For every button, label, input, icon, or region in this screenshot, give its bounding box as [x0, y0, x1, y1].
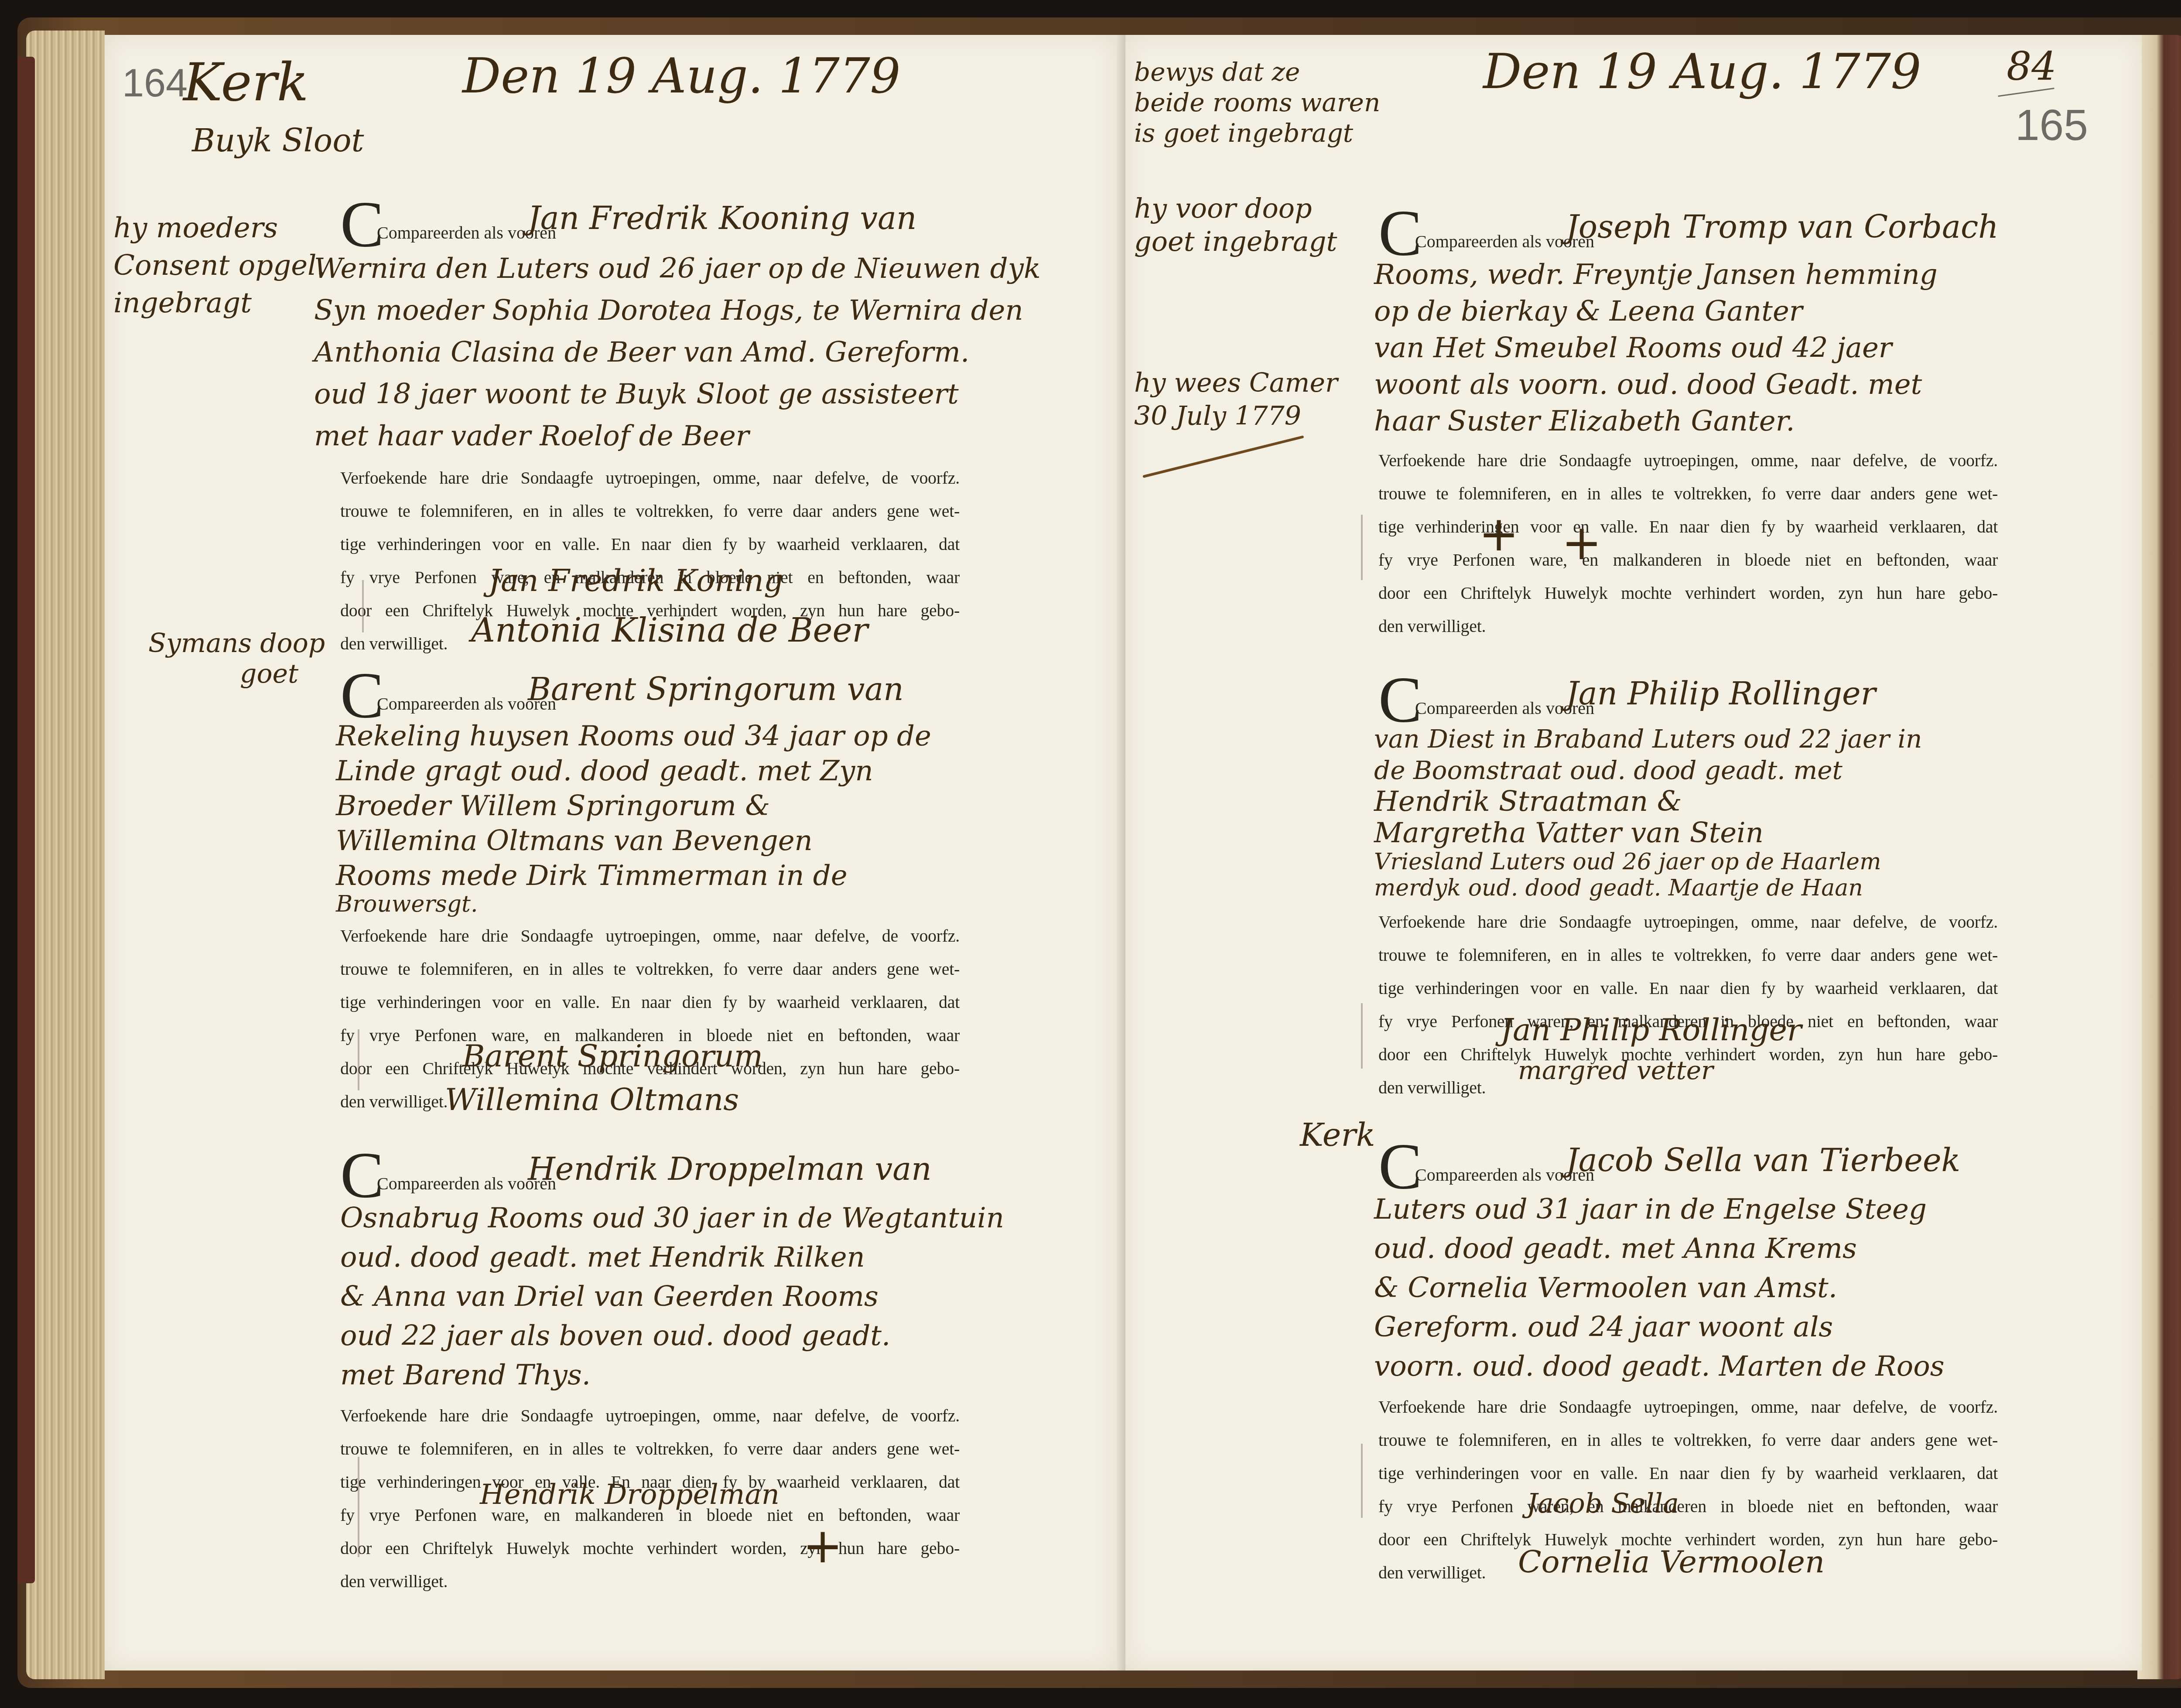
- groom-name: Hendrik Droppelman van: [528, 1151, 932, 1187]
- page-number-ink: 84: [2007, 44, 2057, 89]
- top-margin-note: bewys dat ze beide rooms waren is goet i…: [1134, 57, 1380, 148]
- right-page: bewys dat ze beide rooms waren is goet i…: [1125, 35, 2142, 1670]
- page-number-pencil: 165: [2015, 100, 2088, 150]
- location-note: Buyk Sloot: [192, 122, 364, 159]
- groom-name: Barent Springorum van: [528, 671, 904, 707]
- leather-spine-left: [17, 57, 35, 1583]
- margin-line: [358, 1457, 359, 1557]
- page-block-left: [26, 31, 105, 1679]
- margin-line: [358, 1029, 359, 1090]
- marriage-entry: C Compareerden als vooren Joseph Tromp v…: [1378, 201, 1998, 643]
- margin-line: [1361, 1444, 1363, 1518]
- signature: Antonia Klisina de Beer: [471, 611, 868, 649]
- margin-line: [362, 580, 364, 632]
- marriage-entry: C Compareerden als vooren Hendrik Droppe…: [340, 1143, 960, 1598]
- printed-body: Verfoekende hare drie Sondaagfe uytroepi…: [1378, 444, 1998, 643]
- margin-note: Symans doop goet: [148, 628, 325, 689]
- signature: margred vetter: [1518, 1056, 1713, 1085]
- cross-mark: +: [1479, 506, 1519, 562]
- cross-mark: +: [1562, 515, 1602, 570]
- margin-line: [1361, 1003, 1363, 1069]
- signature: Barent Springorum: [462, 1038, 763, 1074]
- marriage-entry: C Compareerden als vooren Jacob Sella va…: [1378, 1134, 1998, 1589]
- ink-flourish: [1142, 435, 1304, 478]
- margin-note-church: Kerk: [1300, 1117, 1375, 1153]
- date-heading: Den 19 Aug. 1779: [462, 48, 901, 104]
- signature: Jan Fredrik Koning: [489, 563, 783, 598]
- page-block-right: [2137, 35, 2181, 1679]
- signature: Willemina Oltmans: [445, 1082, 739, 1117]
- date-heading: Den 19 Aug. 1779: [1483, 44, 1921, 99]
- groom-name: Jacob Sella van Tierbeek: [1566, 1142, 1960, 1179]
- cross-mark: +: [803, 1518, 843, 1574]
- margin-note: hy moeders Consent opgel. ingebragt: [113, 209, 325, 322]
- signature: Hendrik Droppelman: [480, 1479, 779, 1511]
- signature: Jan Philip Rollinger: [1501, 1012, 1802, 1048]
- church-note: Kerk: [183, 52, 309, 113]
- groom-name: Jan Fredrik Kooning van: [528, 200, 916, 236]
- margin-line: [1361, 515, 1363, 580]
- margin-note-date: hy wees Camer 30 July 1779: [1134, 366, 1338, 433]
- signature: Jacob Sella: [1527, 1487, 1679, 1519]
- signature: Cornelia Vermoolen: [1518, 1544, 1825, 1580]
- left-page: 164 Kerk Buyk Sloot Den 19 Aug. 1779 hy …: [105, 35, 1117, 1670]
- page-number-pencil: 164: [122, 61, 188, 106]
- margin-note: hy voor doop goet ingebragt: [1134, 192, 1337, 258]
- groom-name: Jan Philip Rollinger: [1566, 675, 1876, 712]
- groom-name: Joseph Tromp van Corbach: [1566, 208, 1999, 245]
